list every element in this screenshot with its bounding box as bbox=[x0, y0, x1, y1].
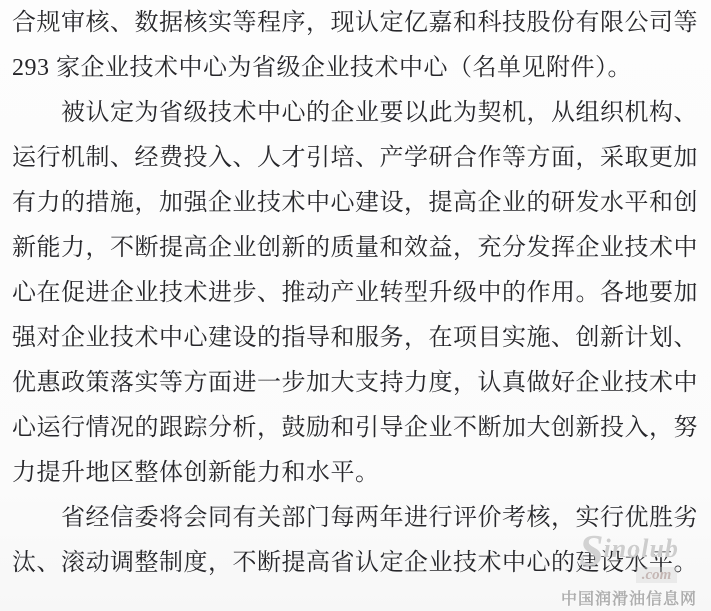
text-line: 省经信委将会同有关部门每两年进行评价考核，实行优胜劣 bbox=[12, 496, 705, 541]
text-line: 力提升地区整体创新能力和水平。 bbox=[12, 451, 705, 496]
text-line: 汰、滚动调整制度，不断提高省认定企业技术中心的建设水平。 bbox=[12, 541, 705, 586]
text-line: 强对企业技术中心建设的指导和服务，在项目实施、创新计划、 bbox=[12, 316, 705, 361]
text-line: 293 家企业技术中心为省级企业技术中心（名单见附件）。 bbox=[12, 46, 705, 91]
text-line: 心在促进企业技术进步、推动产业转型升级中的作用。各地要加 bbox=[12, 271, 705, 316]
document-text-block: 合规审核、数据核实等程序，现认定亿嘉和科技股份有限公司等 293 家企业技术中心… bbox=[12, 1, 705, 586]
watermark-caption: 中国润滑油信息网 bbox=[549, 586, 709, 609]
document-page: 合规审核、数据核实等程序，现认定亿嘉和科技股份有限公司等 293 家企业技术中心… bbox=[0, 0, 711, 611]
text-line: 合规审核、数据核实等程序，现认定亿嘉和科技股份有限公司等 bbox=[12, 1, 705, 46]
text-line: 优惠政策落实等方面进一步加大支持力度，认真做好企业技术中 bbox=[12, 361, 705, 406]
text-line: 有力的措施，加强企业技术中心建设，提高企业的研发水平和创 bbox=[12, 181, 705, 226]
text-line: 心运行情况的跟踪分析，鼓励和引导企业不断加大创新投入，努 bbox=[12, 406, 705, 451]
text-line: 被认定为省级技术中心的企业要以此为契机，从组织机构、 bbox=[12, 91, 705, 136]
text-line: 新能力，不断提高企业创新的质量和效益，充分发挥企业技术中 bbox=[12, 226, 705, 271]
text-line: 运行机制、经费投入、人才引培、产学研合作等方面，采取更加 bbox=[12, 136, 705, 181]
